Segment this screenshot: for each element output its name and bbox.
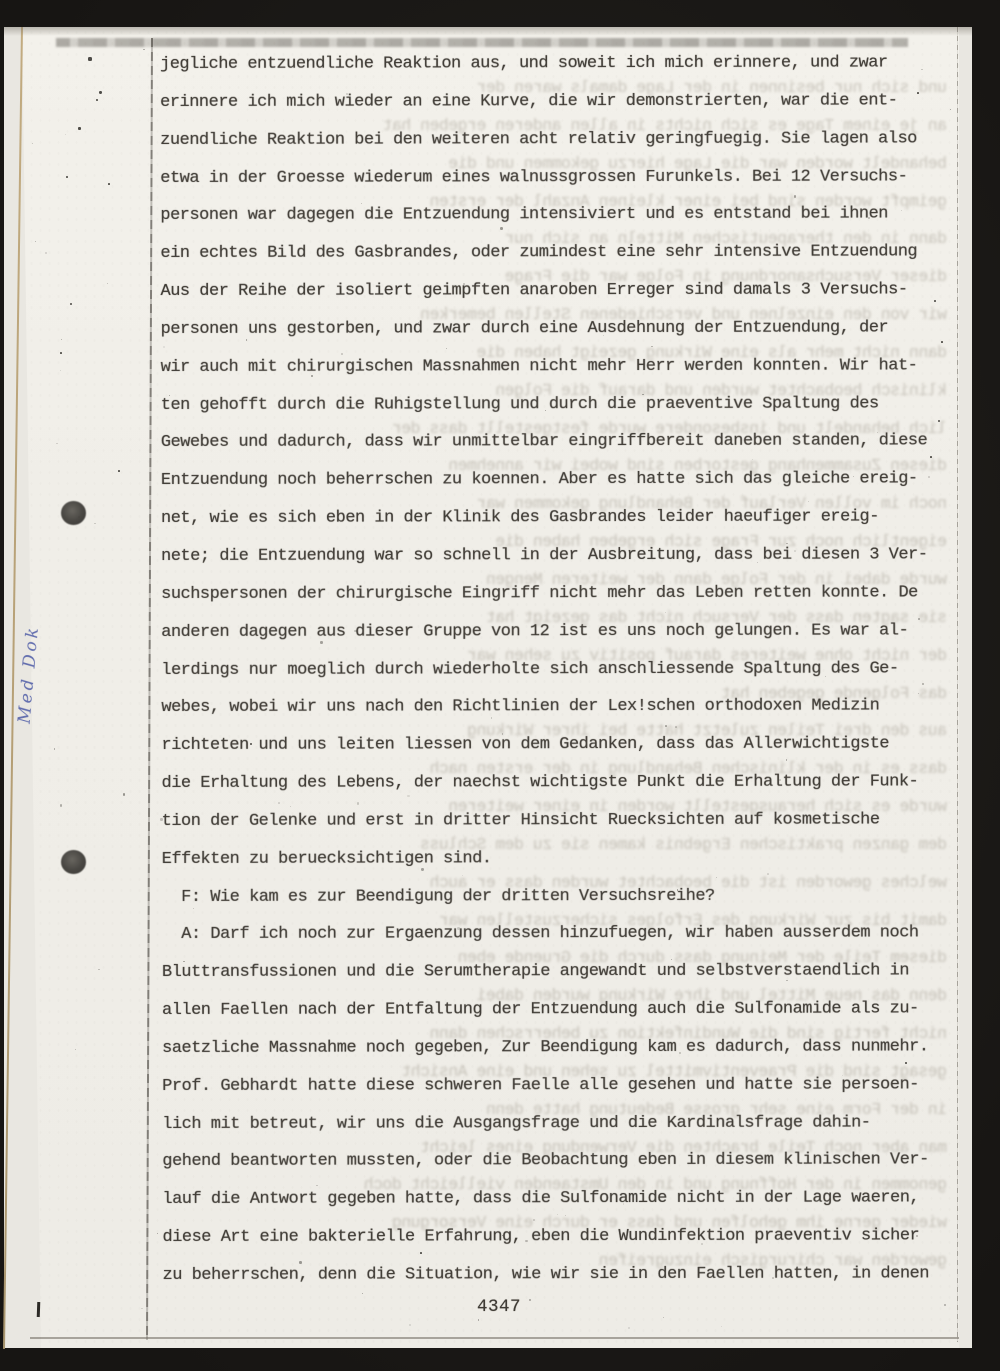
typed-line: net, wie es sich eben in der Klinik des … — [161, 505, 951, 544]
typed-line: tion der Gelenke und erst in dritter Hin… — [162, 808, 952, 847]
typed-line: diese Art eine bakterielle Erfahrung, eb… — [162, 1224, 952, 1263]
typed-line: jegliche entzuendliche Reaktion aus, und… — [160, 51, 950, 90]
ink-tick-mark — [37, 1302, 41, 1317]
typed-line: etwa in der Groesse wiederum eines walnu… — [160, 165, 950, 204]
typed-line: F: Wie kam es zur Beendigung der dritten… — [162, 884, 952, 923]
typed-line: Effekten zu beruecksichtigen sind. — [162, 846, 952, 885]
punch-hole-bottom — [61, 850, 86, 874]
typed-line: nete; die Entzuendung war so schnell in … — [161, 543, 951, 582]
typed-line: anderen dagegen aus dieser Gruppe von 12… — [161, 619, 951, 658]
typed-line: zu beherrschen, denn die Situation, wie … — [163, 1262, 953, 1301]
typed-line: die Erhaltung des Lebens, der naechst wi… — [162, 770, 952, 809]
typed-line: personen uns gestorben, und zwar durch e… — [161, 316, 951, 355]
typed-line: lerdings nur moeglich durch wiederholte … — [161, 657, 951, 696]
page-bottom-edge-line — [30, 1337, 959, 1339]
typed-line: allen Faellen nach der Entfaltung der En… — [162, 997, 952, 1036]
scanned-document-photo: und sich nur besinnen in der Lage damals… — [0, 0, 1000, 1371]
typed-line: erinnere ich mich wieder an eine Kurve, … — [160, 89, 950, 128]
typed-line: saetzliche Massnahme noch gegeben, Zur B… — [162, 1035, 952, 1074]
typed-line: gehend beantworten mussten, oder die Beo… — [162, 1149, 952, 1188]
punch-hole-top — [61, 501, 86, 525]
typed-line: lich mit betreut, wir uns die Ausgangsfr… — [162, 1111, 952, 1150]
typed-line: Entzuendung noch beherrschen zu koennen.… — [161, 468, 951, 507]
typed-line: wir auch mit chirurgischen Massnahmen ni… — [161, 354, 951, 393]
typed-line: richteten und uns leiten liessen von dem… — [161, 733, 951, 772]
typed-line: zuendliche Reaktion bei den weiteren ach… — [160, 127, 950, 166]
typed-line: Gewebes und dadurch, dass wir unmittelba… — [161, 430, 951, 469]
smudge-mark — [56, 38, 908, 47]
typed-line: A: Darf ich noch zur Ergaenzung dessen h… — [162, 922, 952, 961]
typed-line: lauf die Antwort gegeben hatte, dass die… — [162, 1187, 952, 1226]
typed-line: ein echtes Bild des Gasbrandes, oder zum… — [160, 241, 950, 280]
typed-line: suchspersonen der chirurgische Eingriff … — [161, 581, 951, 620]
page-number: 4347 — [477, 1297, 521, 1317]
typed-text-block: jegliche entzuendliche Reaktion aus, und… — [160, 51, 953, 1301]
typed-line: personen war dagegen die Entzuendung int… — [160, 203, 950, 242]
page-top-shadow — [4, 27, 972, 36]
page-right-edge-line — [957, 27, 958, 1342]
typed-line: ten gehofft durch die Ruhigstellung und … — [161, 392, 951, 431]
typed-line: Aus der Reihe der isoliert geimpften ana… — [160, 278, 950, 317]
typed-line: Bluttransfussionen und die Serumtherapie… — [162, 960, 952, 999]
typed-line: webes, wobei wir uns nach den Richtlinie… — [161, 695, 951, 734]
typed-line: Prof. Gebhardt hatte diese schweren Fael… — [162, 1073, 952, 1112]
